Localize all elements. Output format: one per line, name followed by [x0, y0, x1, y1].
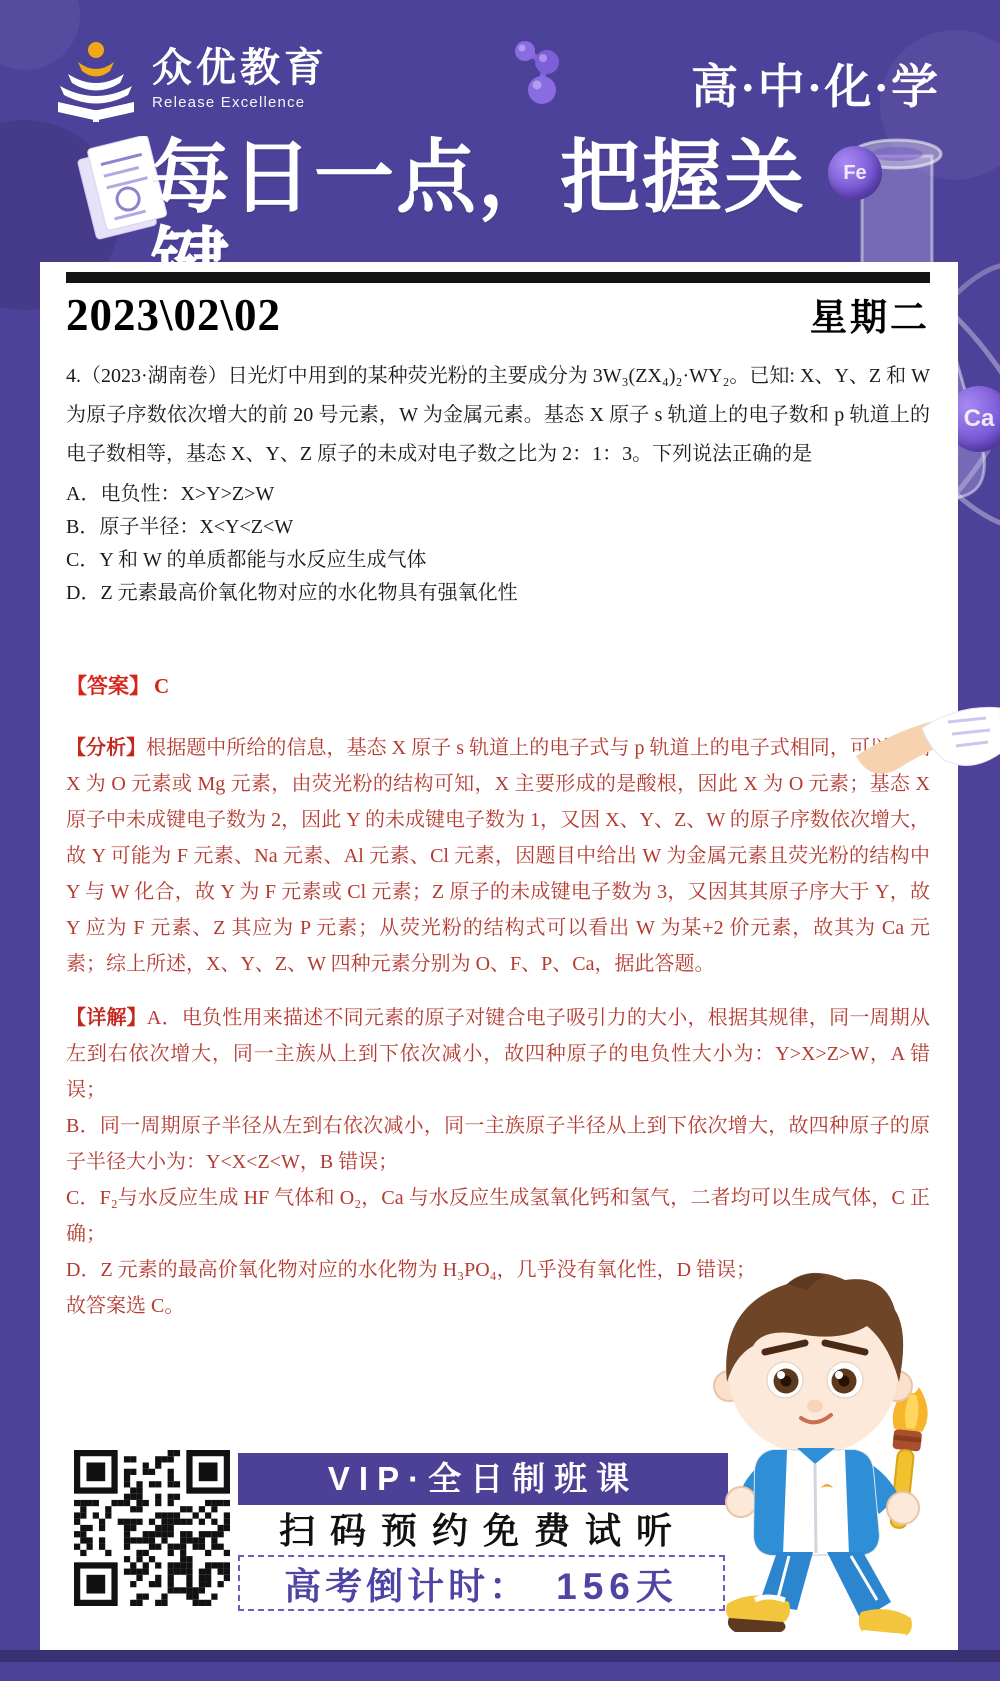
detail-label: 【详解】: [66, 1007, 147, 1029]
logo-name: 众优教育: [152, 44, 328, 92]
analysis-text: 根据题中所给的信息，基态 X 原子 s 轨道上的电子式与 p 轨道上的电子式相同…: [66, 737, 930, 975]
molecule-icon: [505, 38, 567, 104]
question-stem: 4.（2023·湖南卷）日光灯中用到的某种荧光粉的主要成分为 3W₃(ZX₄)₂…: [66, 357, 930, 474]
poster: 众优教育 Release Excellence 高·中·化·学 每日一点，把握关…: [0, 0, 1000, 1681]
weekday-text: 星期二: [810, 287, 930, 341]
date-text: 2023\02\02: [66, 289, 281, 341]
detail-line-c: C．F₂与水反应生成 HF 气体和 O₂，Ca 与水反应生成氢氧化钙和氢气，二者…: [66, 1180, 930, 1252]
curled-paper-icon: [852, 698, 1000, 798]
qr-code: [72, 1450, 232, 1606]
option-c: C．Y 和 W 的单质都能与水反应生成气体: [66, 548, 930, 573]
gaokao-countdown: 高考倒计时： 156天: [238, 1555, 725, 1611]
option-a: A．电负性：X>Y>Z>W: [66, 482, 930, 507]
logo-tagline: Release Excellence: [152, 94, 328, 111]
countdown-value: 156天: [556, 1556, 679, 1610]
mascot-boy: [693, 1256, 965, 1658]
scan-cta-text: 扫码预约免费试听: [238, 1508, 728, 1554]
detail-line-b: B．同一周期原子半径从左到右依次减小，同一主族原子半径从上到下依次增大，故四种原…: [66, 1108, 930, 1180]
answer-value: C: [154, 674, 169, 698]
date-row: 2023\02\02 星期二: [66, 287, 930, 341]
option-b: B．原子半径：X<Y<Z<W: [66, 515, 930, 540]
detail-text-a: A．电负性用来描述不同元素的原子对键合电子吸引力的大小，根据其规律，同一周期从左…: [66, 1007, 930, 1101]
answer-line: 【答案】C: [66, 670, 930, 700]
answer-label: 【答案】: [66, 674, 150, 698]
vip-banner: VIP·全日制班课: [238, 1453, 728, 1505]
option-list: A．电负性：X>Y>Z>W B．原子半径：X<Y<Z<W C．Y 和 W 的单质…: [66, 482, 930, 606]
fe-bubble: Fe: [828, 146, 882, 200]
brand-logo: 众优教育 Release Excellence: [52, 40, 328, 124]
countdown-label: 高考倒计时：: [284, 1556, 530, 1610]
option-d: D．Z 元素最高价氧化物对应的水化物具有强氧化性: [66, 581, 930, 606]
book-logo-icon: [52, 40, 140, 124]
analysis-label: 【分析】: [66, 737, 146, 759]
subject-title: 高·中·化·学: [640, 50, 940, 117]
analysis-paragraph: 【分析】根据题中所给的信息，基态 X 原子 s 轨道上的电子式与 p 轨道上的电…: [66, 730, 930, 982]
top-divider-bar: [66, 272, 930, 283]
detail-line-a: 【详解】A．电负性用来描述不同元素的原子对键合电子吸引力的大小，根据其规律，同一…: [66, 1000, 930, 1108]
